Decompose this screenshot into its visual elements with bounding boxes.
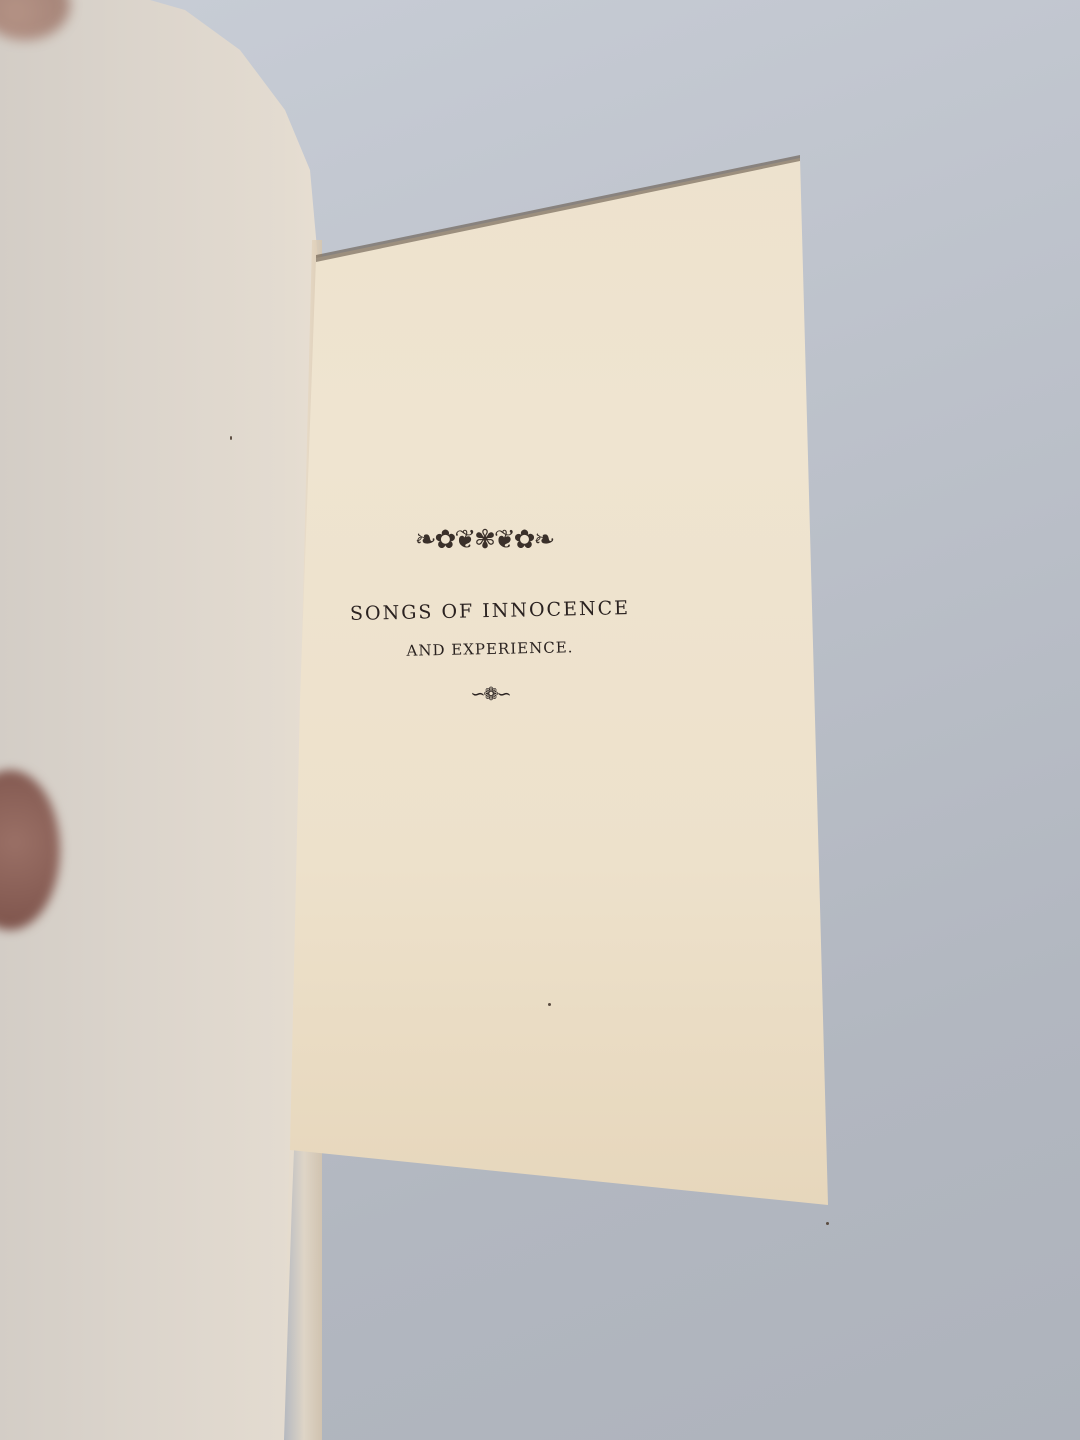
paper-speck bbox=[230, 436, 232, 440]
paper-speck bbox=[826, 1222, 829, 1225]
left-page bbox=[0, 0, 330, 1440]
tailpiece-ornament-icon: ∽❁∽ bbox=[340, 684, 640, 705]
headpiece-ornament-icon: ❧✿❦✾❦✿❧ bbox=[334, 520, 634, 560]
book-photo: ❧✿❦✾❦✿❧ SONGS OF INNOCENCE AND EXPERIENC… bbox=[0, 0, 1080, 1440]
paper-speck bbox=[548, 1003, 551, 1006]
title-line-2: AND EXPERIENCE. bbox=[340, 637, 640, 661]
title-block: ❧✿❦✾❦✿❧ SONGS OF INNOCENCE AND EXPERIENC… bbox=[340, 520, 640, 705]
title-line-1: SONGS OF INNOCENCE bbox=[340, 597, 640, 625]
